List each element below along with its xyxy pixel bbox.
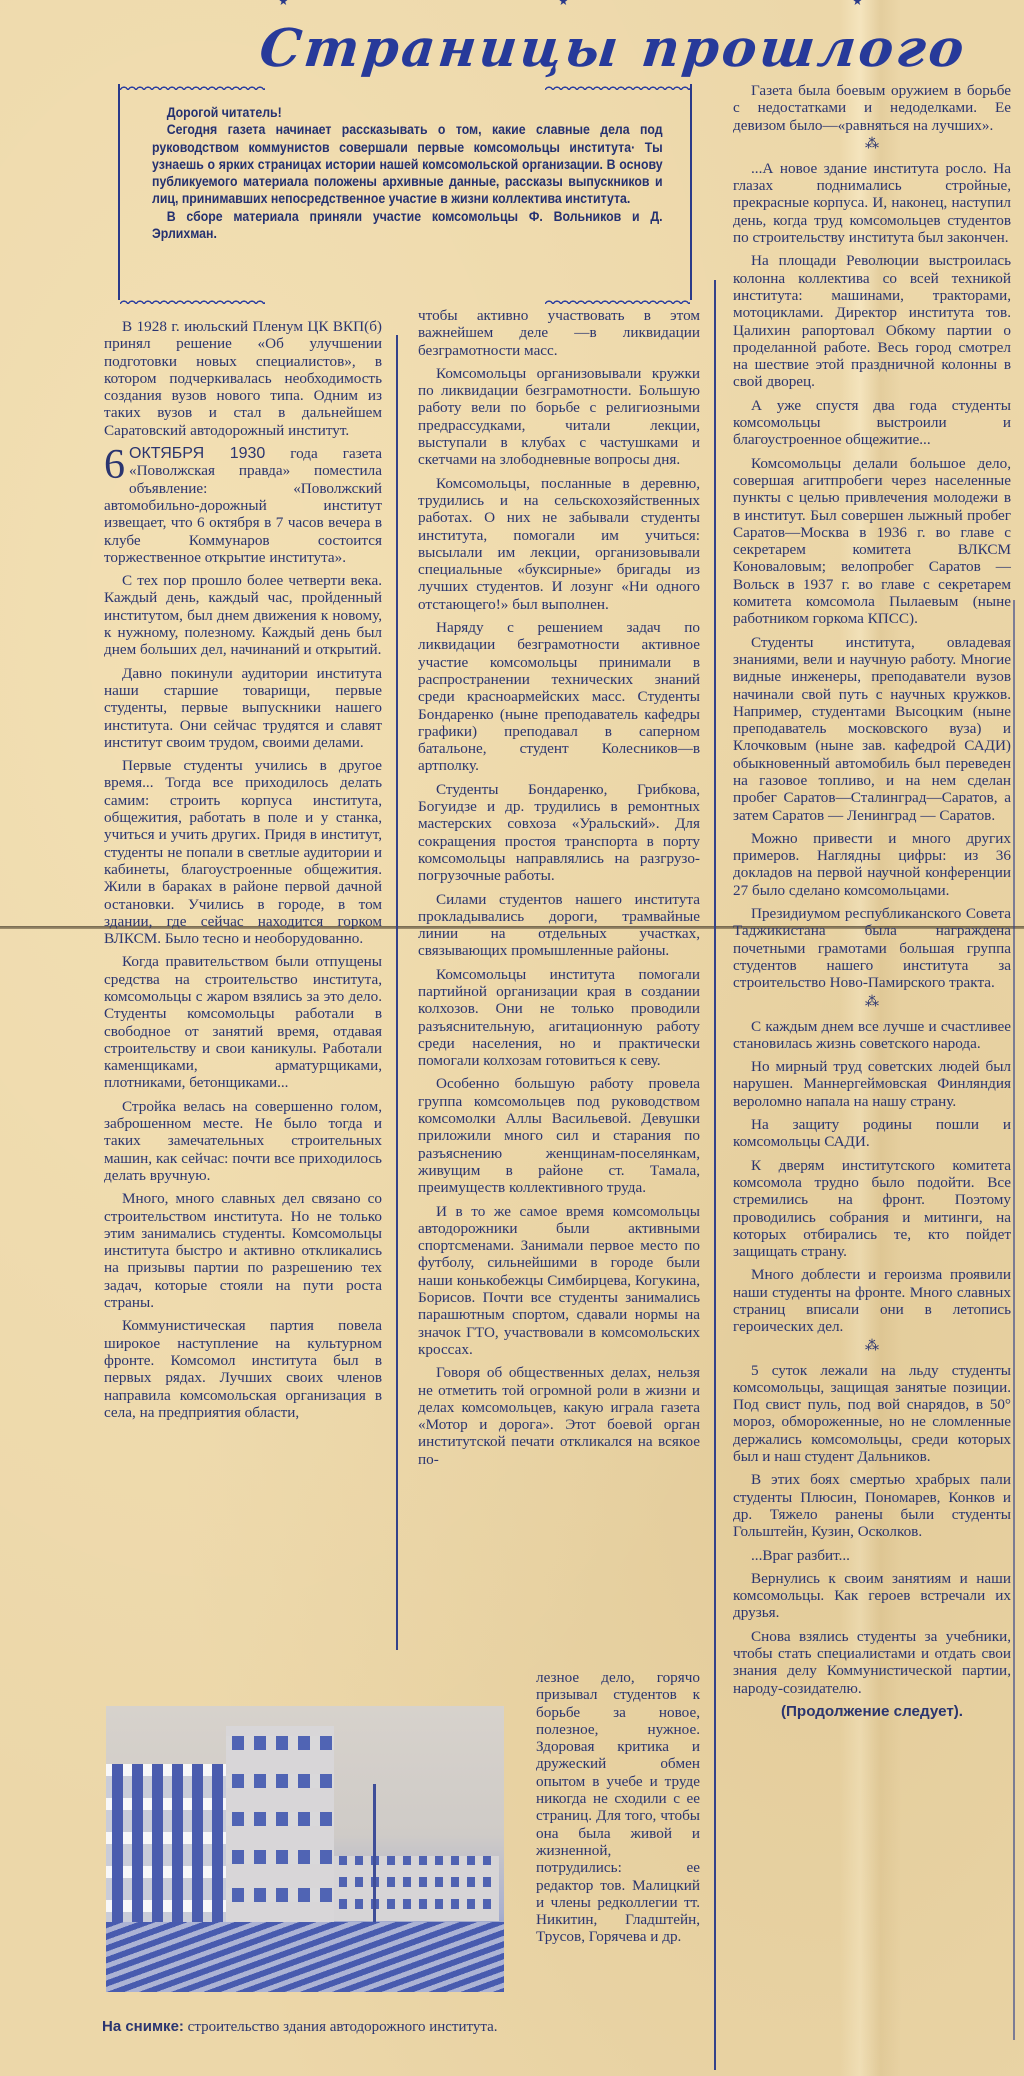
article-column-1: В 1928 г. июльский Пленум ЦК ВКП(б) прин… <box>104 318 382 1427</box>
construction-photo <box>106 1706 504 1992</box>
paragraph: Студенты Бондаренко, Грибкова, Богуидзе … <box>418 781 700 885</box>
text-beside-photo: лезное дело, горячо призывал студентов к… <box>536 1669 700 1946</box>
paragraph: К дверям институтского комитета комсомол… <box>733 1157 1011 1261</box>
paragraph: 5 суток лежали на льду студенты комсомол… <box>733 1362 1011 1466</box>
paragraph: Газета была боевым оружием в борьбе с не… <box>733 82 1011 134</box>
paragraph: Особенно большую работу провела группа к… <box>418 1075 700 1196</box>
wave-ornament <box>545 296 690 304</box>
wave-ornament <box>120 296 265 304</box>
intro-box: Дорогой читатель! Сегодня газета начинае… <box>118 84 692 300</box>
paragraph: Но мирный труд советских людей был наруш… <box>733 1058 1011 1110</box>
page-edge-rule <box>1013 600 1015 2040</box>
dated-paragraph: 6ОКТЯБРЯ 1930 года газета «Поволжская пр… <box>104 445 382 566</box>
paragraph: В этих боях смертью храбрых пали студент… <box>733 1471 1011 1540</box>
paragraph: На защиту родины пошли и комсомольцы САД… <box>733 1116 1011 1151</box>
asterism-divider: ⁂ <box>733 140 1011 150</box>
star-ornament-icon: ★ <box>278 0 289 9</box>
paragraph: На площади Революции выстроилась колонна… <box>733 252 1011 390</box>
column-divider <box>396 335 398 1650</box>
paragraph: Много, много славных дел связано со стро… <box>104 1190 382 1311</box>
column-divider <box>714 280 716 2070</box>
paragraph: Студенты института, овладевая знаниями, … <box>733 634 1011 824</box>
paragraph: А уже спустя два года студенты комсомоль… <box>733 397 1011 449</box>
building-annex-image <box>334 1856 499 1921</box>
paragraph: Можно привести и много других примеров. … <box>733 830 1011 899</box>
article-column-3: Газета была боевым оружием в борьбе с не… <box>733 82 1011 1726</box>
caption-text: строительство здания автодорожного инсти… <box>184 2019 498 2035</box>
pole-image <box>373 1784 376 1944</box>
paragraph: В 1928 г. июльский Пленум ЦК ВКП(б) прин… <box>104 318 382 439</box>
paragraph: С тех пор прошло более четверти века. Ка… <box>104 572 382 658</box>
star-ornament-icon: ★ <box>852 0 863 9</box>
caption-label: На снимке: <box>102 2018 184 2035</box>
wave-ornament <box>545 82 690 90</box>
paragraph: Комсомольцы, посланные в деревню, трудил… <box>418 475 700 613</box>
paragraph: Стройка велась на совершенно голом, забр… <box>104 1098 382 1184</box>
paragraph: Снова взялись студенты за учебники, чтоб… <box>733 1628 1011 1697</box>
paragraph: Говоря об общественных делах, нельзя не … <box>418 1364 700 1468</box>
intro-text: Дорогой читатель! Сегодня газета начинае… <box>152 104 663 242</box>
article-column-2: чтобы активно участвовать в этом важнейш… <box>418 307 700 1474</box>
building-main-image <box>226 1726 334 1926</box>
paragraph: Комсомольцы делали большое дело, соверша… <box>733 455 1011 628</box>
paragraph: Давно покинули аудитории института наши … <box>104 665 382 751</box>
paragraph: ...Враг разбит... <box>733 1547 1011 1564</box>
continued-note: (Продолжение следует). <box>733 1703 1011 1720</box>
paragraph: ...А новое здание института росло. На гл… <box>733 160 1011 246</box>
paragraph: Когда правительством были отпущены средс… <box>104 953 382 1091</box>
drop-number: 6 <box>104 447 125 483</box>
paragraph: С каждым днем все лучше и счастливее ста… <box>733 1018 1011 1053</box>
star-ornament-icon: ★ <box>558 0 569 9</box>
intro-paragraph: В сборе материала приняли участие комсом… <box>152 208 663 243</box>
asterism-divider: ⁂ <box>733 998 1011 1008</box>
construction-ground-image <box>106 1922 504 1992</box>
asterism-divider: ⁂ <box>733 1342 1011 1352</box>
intro-greeting: Дорогой читатель! <box>152 104 663 121</box>
paragraph: Силами студентов нашего института прокла… <box>418 891 700 960</box>
dated-text: года газета «Поволжская правда» поместил… <box>104 445 382 566</box>
paragraph: Коммунистическая партия повела широкое н… <box>104 1317 382 1421</box>
building-wing-image <box>106 1764 246 1934</box>
paragraph: чтобы активно участвовать в этом важнейш… <box>418 307 700 359</box>
page-title: Страницы прошлого <box>257 18 970 79</box>
paragraph: Первые студенты учились в другое время..… <box>104 757 382 947</box>
paragraph: Комсомольцы института помогали партийной… <box>418 966 700 1070</box>
paragraph: Президиумом республиканского Совета Тадж… <box>733 905 1011 991</box>
paragraph: Наряду с решением задач по ликвидации бе… <box>418 619 700 775</box>
wave-ornament <box>120 82 265 90</box>
photo-caption: На снимке: строительство здания автодоро… <box>102 2018 512 2036</box>
paragraph: Вернулись к своим занятиям и наши комсом… <box>733 1570 1011 1622</box>
paragraph: Комсомольцы организовывали кружки по лик… <box>418 365 700 469</box>
date-lead: ОКТЯБРЯ 1930 <box>129 445 265 462</box>
paragraph: И в то же самое время комсомольцы автодо… <box>418 1203 700 1359</box>
paragraph: Много доблести и героизма проявили наши … <box>733 1266 1011 1335</box>
intro-paragraph: Сегодня газета начинает рассказывать о т… <box>152 121 663 207</box>
